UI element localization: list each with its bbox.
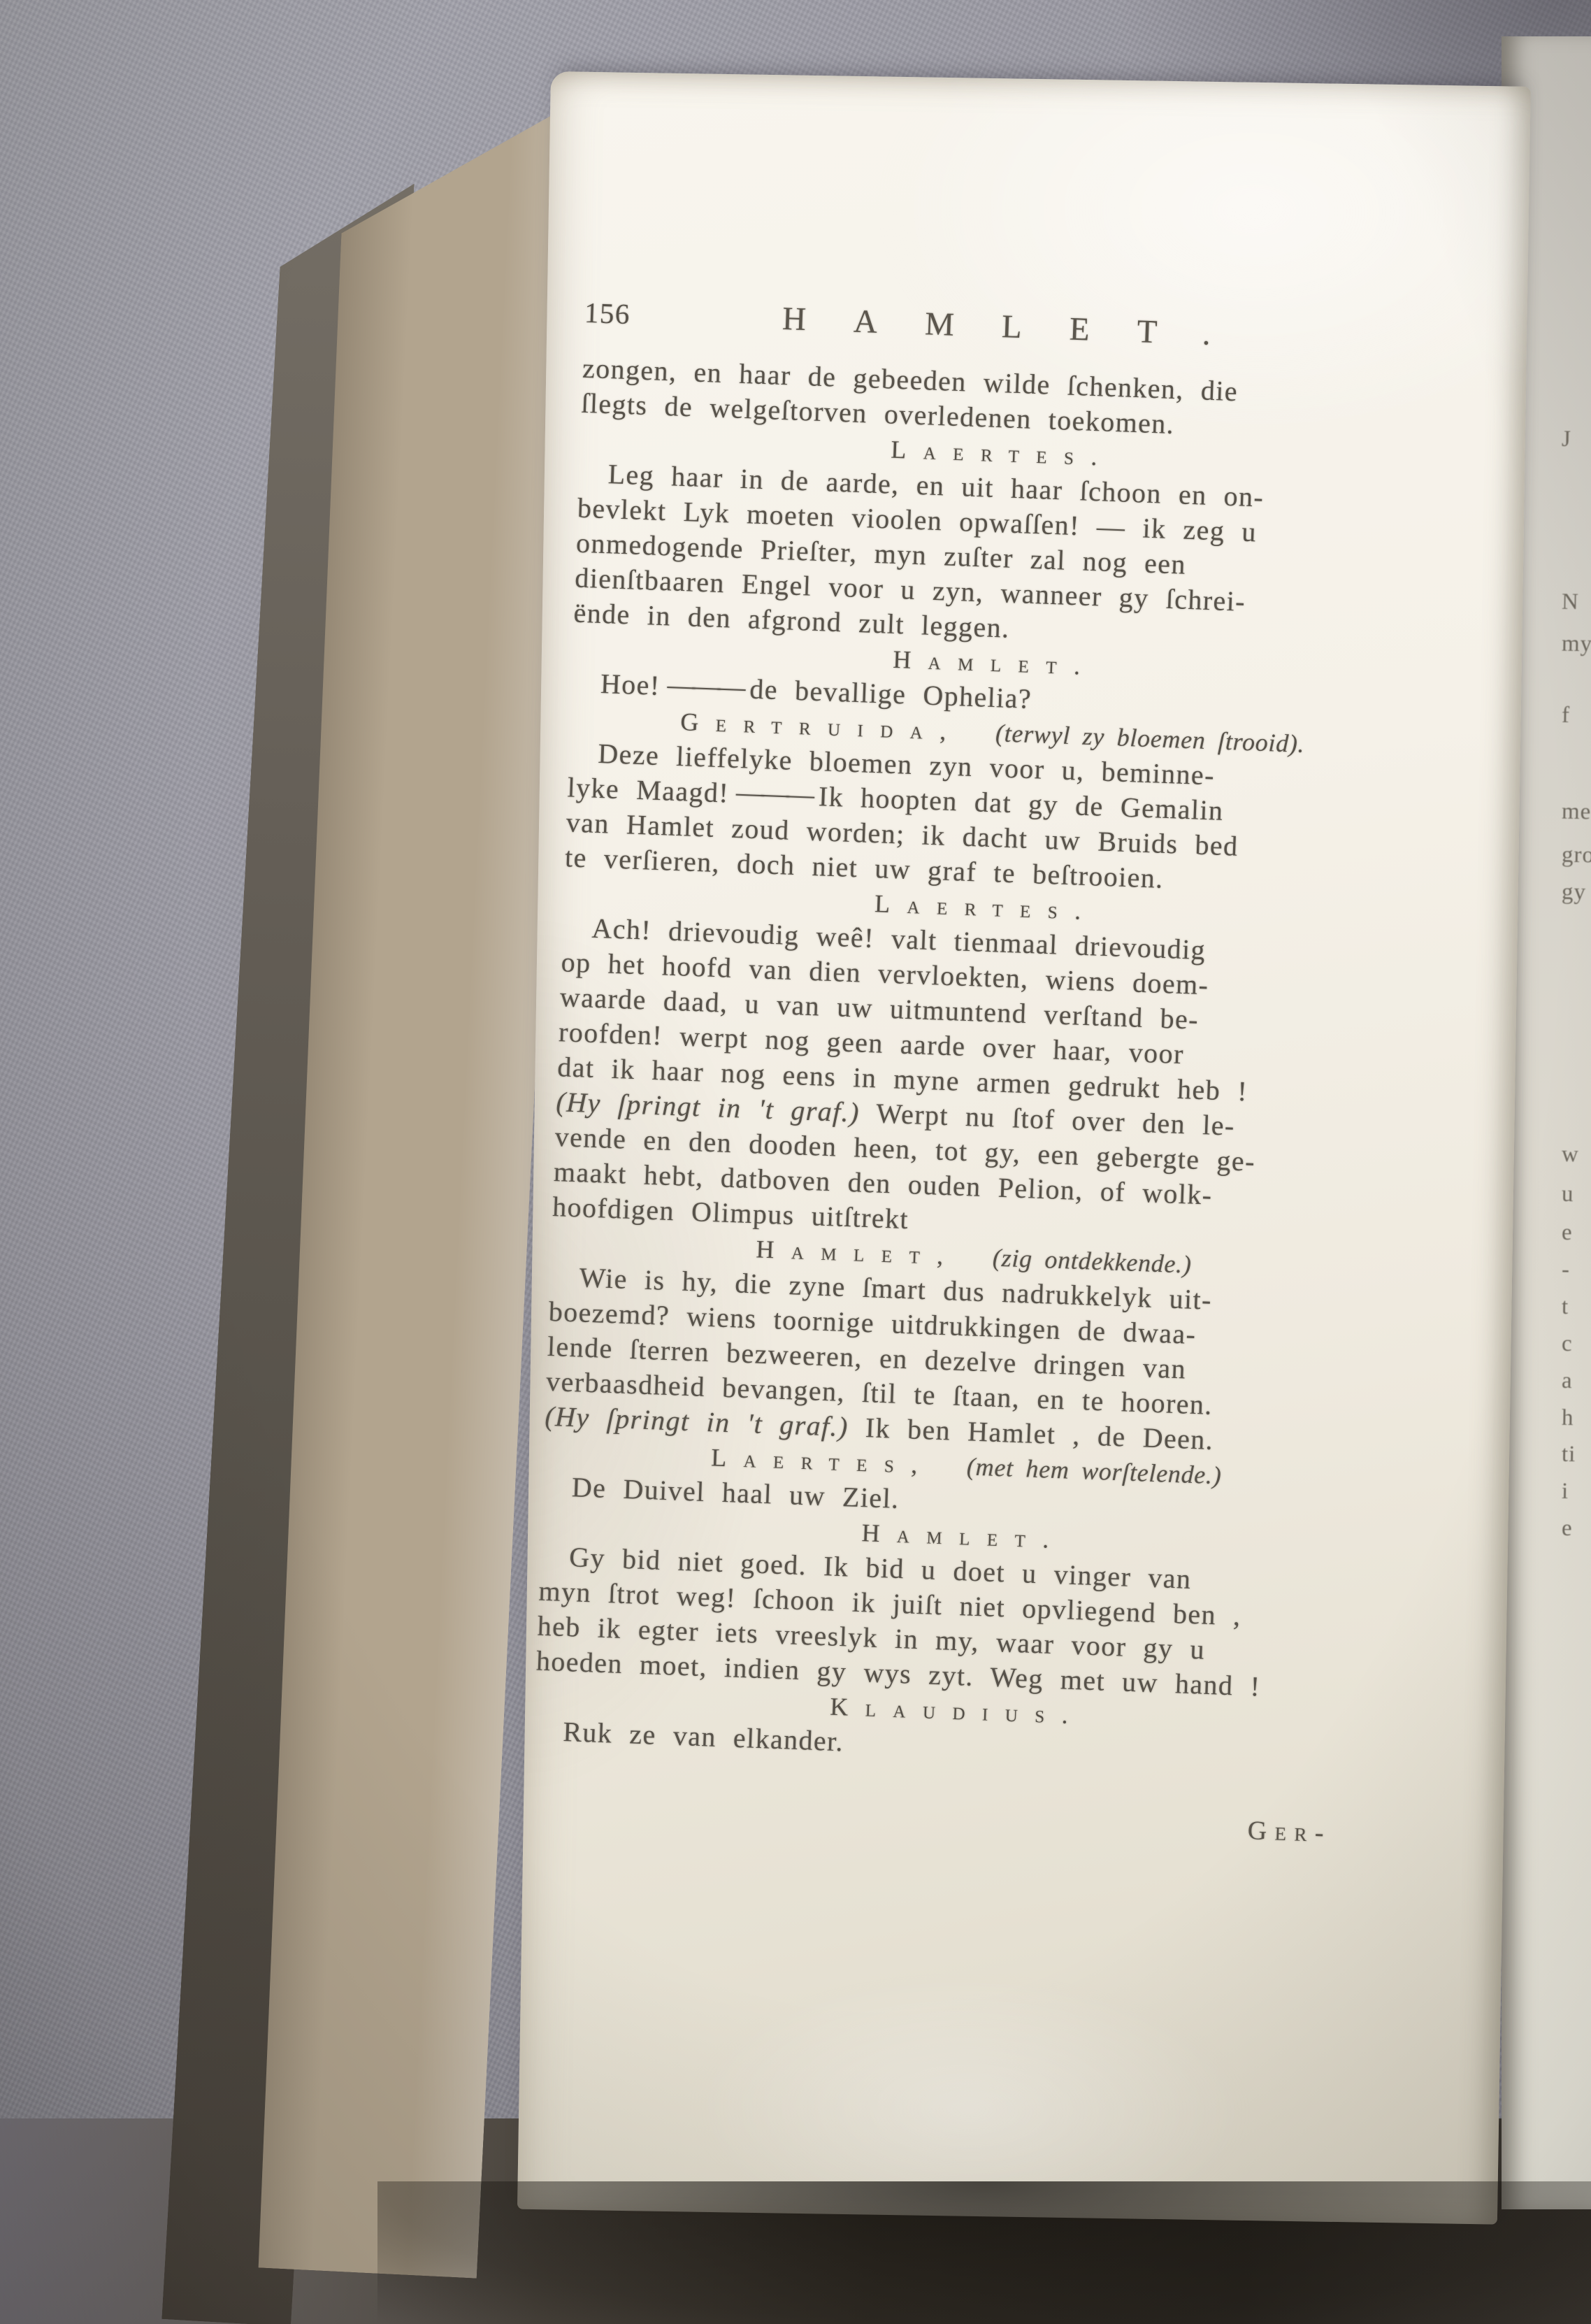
text-segment: lyke Maagd! — [567, 771, 730, 808]
header-spacer — [1339, 349, 1430, 352]
facing-page-fragment: e — [1562, 1516, 1573, 1542]
facing-page-fragment: f — [1562, 703, 1571, 729]
facing-page-fragment: N — [1562, 589, 1579, 615]
speaker-name: Hamlet. — [861, 1519, 1067, 1554]
facing-page-fragment: ti — [1562, 1442, 1576, 1468]
facing-page-fragment: J — [1562, 426, 1571, 452]
text-segment: ——— — [735, 776, 812, 810]
facing-page-fragment: my — [1562, 631, 1591, 658]
facing-page-fragment: me — [1562, 799, 1591, 826]
speaker-name: Laertes, — [711, 1443, 967, 1480]
facing-page-fragment: u — [1562, 1182, 1574, 1207]
facing-page-fragment: i — [1562, 1479, 1569, 1505]
facing-page-fragment: e — [1562, 1220, 1573, 1246]
speaker-name: Laertes. — [874, 889, 1098, 925]
speaker-name: Hamlet, — [756, 1235, 993, 1271]
text-segment: (met hem worſtelende.) — [966, 1452, 1222, 1489]
text-segment: Hoe! — [600, 668, 661, 701]
facing-page-fragment: h — [1562, 1405, 1574, 1431]
page-number: 156 — [584, 295, 676, 333]
facing-page-fragment: a — [1562, 1368, 1573, 1394]
facing-page-fragment: gy — [1562, 880, 1587, 906]
book-page: 156 HAMLET. zongen, en haar de gebeeden … — [517, 71, 1531, 2225]
text-segment: (zig ontdekkende.) — [992, 1244, 1192, 1279]
printed-text-block: 156 HAMLET. zongen, en haar de gebeeden … — [531, 294, 1430, 1853]
facing-page-fragment: t — [1562, 1294, 1569, 1320]
book-photograph: JNmyfmegrogywue-tcahtiie 156 HAMLET. zon… — [0, 0, 1591, 2324]
text-lines: zongen, en haar de gebeeden wilde ſchenk… — [533, 351, 1429, 1779]
speaker-name: Laertes. — [891, 436, 1115, 471]
facing-page-fragment: c — [1562, 1331, 1573, 1357]
text-segment: ——— — [667, 668, 744, 703]
speaker-name: Hamlet. — [893, 645, 1098, 680]
floor-deep-shadow — [377, 2181, 1591, 2324]
facing-page-fragment: w — [1562, 1142, 1579, 1168]
speaker-name: Klaudius. — [830, 1693, 1086, 1730]
facing-page-fragment: gro — [1562, 842, 1591, 869]
facing-page-fragment: - — [1562, 1257, 1571, 1283]
